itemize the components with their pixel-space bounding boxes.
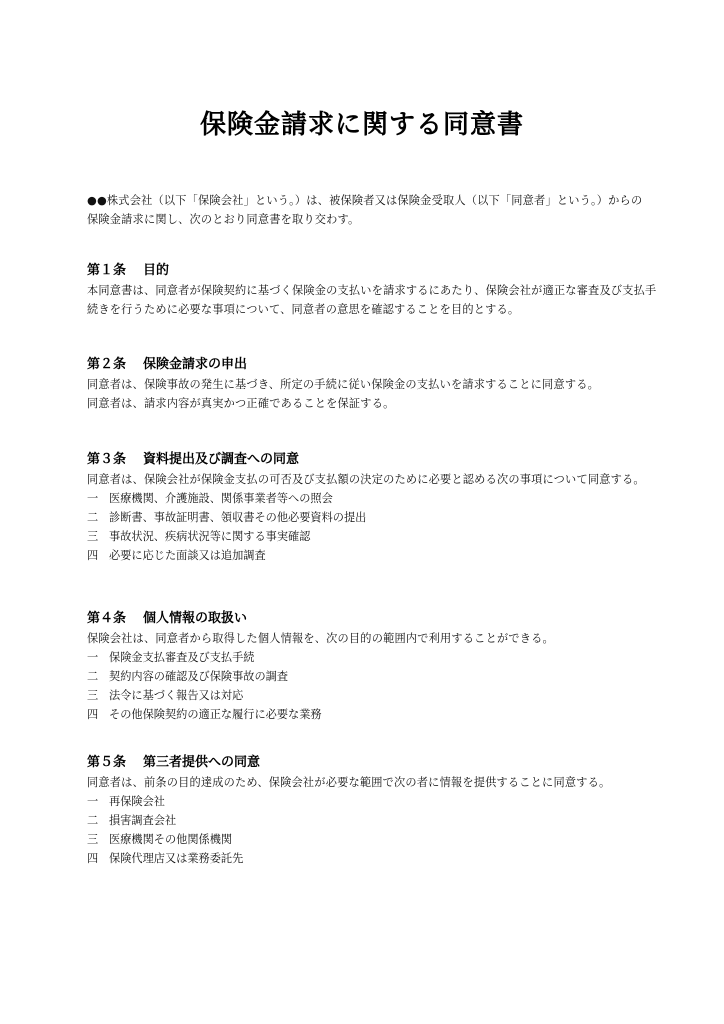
- article-item-list: 一保険金支払審査及び支払手続 二契約内容の確認及び保険事故の調査 三法令に基づく…: [87, 648, 657, 724]
- article-heading: 第１条目的: [87, 262, 657, 280]
- article-number: 第２条: [87, 356, 143, 374]
- item-text: 再保険会社: [109, 792, 165, 811]
- item-text: 契約内容の確認及び保険事故の調査: [109, 667, 288, 686]
- item-text: その他保険契約の適正な履行に必要な業務: [109, 705, 322, 724]
- item-marker: 四: [87, 849, 109, 868]
- list-item: 二損害調査会社: [87, 811, 657, 830]
- article-body-2: 同意者は、請求内容が真実かつ正確であることを保証する。: [87, 394, 657, 413]
- article-2: 第２条保険金請求の申出 同意者は、保険事故の発生に基づき、所定の手続に従い保険金…: [87, 356, 657, 413]
- article-body: 本同意書は、同意者が保険契約に基づく保険金の支払いを請求するにあたり、保険会社が…: [87, 281, 657, 319]
- item-marker: 三: [87, 686, 109, 705]
- list-item: 二診断書、事故証明書、領収書その他必要資料の提出: [87, 508, 657, 527]
- list-item: 二契約内容の確認及び保険事故の調査: [87, 667, 657, 686]
- article-heading: 第２条保険金請求の申出: [87, 356, 657, 374]
- list-item: 四保険代理店又は業務委託先: [87, 849, 657, 868]
- list-item: 一医療機関、介護施設、関係事業者等への照会: [87, 489, 657, 508]
- list-item: 四必要に応じた面談又は追加調査: [87, 546, 657, 565]
- item-text: 必要に応じた面談又は追加調査: [109, 546, 266, 565]
- list-item: 三事故状況、疾病状況等に関する事実確認: [87, 527, 657, 546]
- item-marker: 四: [87, 546, 109, 565]
- item-text: 法令に基づく報告又は対応: [109, 686, 243, 705]
- item-text: 診断書、事故証明書、領収書その他必要資料の提出: [109, 508, 366, 527]
- article-title: 資料提出及び調査への同意: [143, 452, 299, 467]
- article-body: 保険会社は、同意者から取得した個人情報を、次の目的の範囲内で利用することができる…: [87, 629, 657, 648]
- article-number: 第３条: [87, 451, 143, 469]
- article-body: 同意者は、前条の目的達成のため、保険会社が必要な範囲で次の者に情報を提供すること…: [87, 773, 657, 792]
- article-title: 目的: [143, 263, 169, 278]
- list-item: 三医療機関その他関係機関: [87, 830, 657, 849]
- article-4: 第４条個人情報の取扱い 保険会社は、同意者から取得した個人情報を、次の目的の範囲…: [87, 610, 657, 724]
- item-marker: 一: [87, 489, 109, 508]
- intro-paragraph: ●●株式会社（以下「保険会社」という。）は、被保険者又は保険金受取人（以下「同意…: [87, 191, 647, 229]
- item-text: 医療機関、介護施設、関係事業者等への照会: [109, 489, 333, 508]
- article-heading: 第５条第三者提供への同意: [87, 754, 657, 772]
- item-text: 損害調査会社: [109, 811, 176, 830]
- article-number: 第５条: [87, 754, 143, 772]
- article-title: 個人情報の取扱い: [143, 611, 247, 626]
- item-text: 医療機関その他関係機関: [109, 830, 232, 849]
- item-marker: 一: [87, 792, 109, 811]
- article-heading: 第３条資料提出及び調査への同意: [87, 451, 657, 469]
- article-heading: 第４条個人情報の取扱い: [87, 610, 657, 628]
- article-item-list: 一医療機関、介護施設、関係事業者等への照会 二診断書、事故証明書、領収書その他必…: [87, 489, 657, 565]
- item-marker: 二: [87, 667, 109, 686]
- article-title: 第三者提供への同意: [143, 755, 260, 770]
- item-marker: 二: [87, 508, 109, 527]
- item-marker: 四: [87, 705, 109, 724]
- article-number: 第４条: [87, 610, 143, 628]
- list-item: 三法令に基づく報告又は対応: [87, 686, 657, 705]
- article-5: 第５条第三者提供への同意 同意者は、前条の目的達成のため、保険会社が必要な範囲で…: [87, 754, 657, 868]
- item-text: 保険金支払審査及び支払手続: [109, 648, 254, 667]
- item-text: 保険代理店又は業務委託先: [109, 849, 243, 868]
- article-1: 第１条目的 本同意書は、同意者が保険契約に基づく保険金の支払いを請求するにあたり…: [87, 262, 657, 319]
- document-title: 保険金請求に関する同意書: [0, 104, 724, 141]
- item-marker: 一: [87, 648, 109, 667]
- item-text: 事故状況、疾病状況等に関する事実確認: [109, 527, 310, 546]
- article-number: 第１条: [87, 262, 143, 280]
- list-item: 一保険金支払審査及び支払手続: [87, 648, 657, 667]
- list-item: 四その他保険契約の適正な履行に必要な業務: [87, 705, 657, 724]
- item-marker: 三: [87, 830, 109, 849]
- article-title: 保険金請求の申出: [143, 357, 247, 372]
- article-item-list: 一再保険会社 二損害調査会社 三医療機関その他関係機関 四保険代理店又は業務委託…: [87, 792, 657, 868]
- list-item: 一再保険会社: [87, 792, 657, 811]
- item-marker: 二: [87, 811, 109, 830]
- item-marker: 三: [87, 527, 109, 546]
- article-body: 同意者は、保険事故の発生に基づき、所定の手続に従い保険金の支払いを請求することに…: [87, 375, 657, 394]
- document-page: 保険金請求に関する同意書 ●●株式会社（以下「保険会社」という。）は、被保険者又…: [0, 0, 724, 1024]
- article-3: 第３条資料提出及び調査への同意 同意者は、保険会社が保険金支払の可否及び支払額の…: [87, 451, 657, 565]
- article-body: 同意者は、保険会社が保険金支払の可否及び支払額の決定のために必要と認める次の事項…: [87, 470, 657, 489]
